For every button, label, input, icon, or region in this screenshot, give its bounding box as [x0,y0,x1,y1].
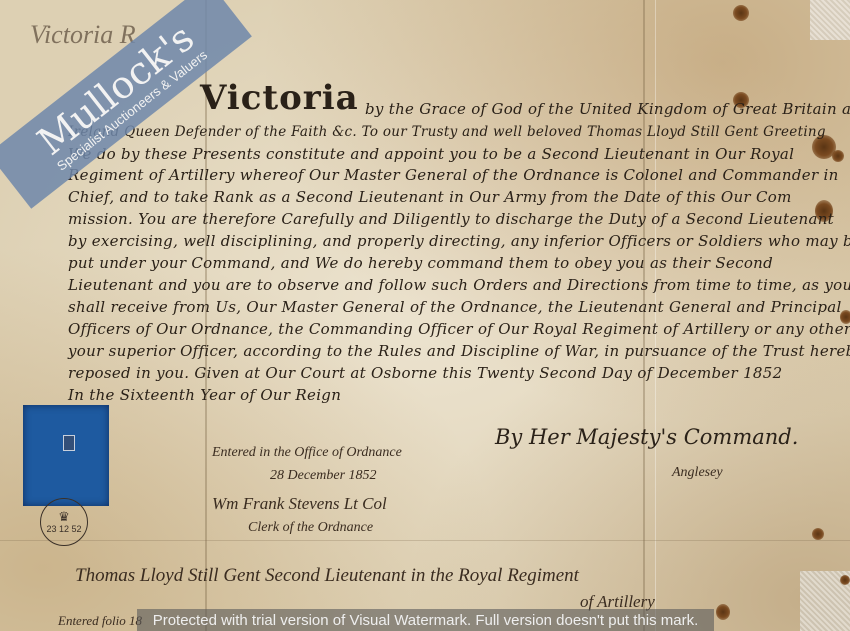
postmark-date: 23 12 52 [46,524,81,534]
ink-stain [733,5,749,21]
ink-stain [832,150,844,162]
body-line: by exercising, well disciplining, and pr… [68,232,850,250]
endorsement-line: Thomas Lloyd Still Gent Second Lieutenan… [75,565,579,587]
body-line: Chief, and to take Rank as a Second Lieu… [68,188,792,206]
command-signature: Anglesey [672,465,723,481]
postmark-stamp: ♛ 23 12 52 [40,498,88,546]
bottom-left-note: Entered folio 18 [58,613,142,629]
body-line: reposed in you. Given at Our Court at Os… [68,364,782,382]
body-line: In the Sixteenth Year of Our Reign [68,386,341,404]
fold-line [0,540,850,541]
trial-watermark-bar: Protected with trial version of Visual W… [137,609,714,631]
entry-note-signature: Wm Frank Stevens Lt Col [212,494,387,514]
crest-icon [63,435,75,451]
body-line: We do by these Presents constitute and a… [68,145,794,163]
body-line: your superior Officer, according to the … [68,342,850,360]
ink-stain [716,604,730,620]
sovereign-name: Victoria [200,78,359,118]
command-line: By Her Majesty's Command. [495,425,798,449]
body-line: by the Grace of God of the United Kingdo… [365,100,850,118]
body-line: Ireland Queen Defender of the Faith &c. … [68,124,826,140]
body-line: Officers of Our Ordnance, the Commanding… [68,320,850,338]
blue-seal-stamp [23,405,109,506]
body-line: Regiment of Artillery whereof Our Master… [68,166,839,184]
entry-note-title: Clerk of the Ordnance [248,520,373,536]
body-line: put under your Command, and We do hereby… [68,254,773,272]
entry-note-line: Entered in the Office of Ordnance [212,445,402,461]
crown-icon: ♛ [58,511,70,524]
ink-stain [840,575,850,585]
body-line: mission. You are therefore Carefully and… [68,210,834,228]
body-line: Lieutenant and you are to observe and fo… [68,276,850,294]
entry-note-date: 28 December 1852 [270,468,377,484]
trial-watermark-text: Protected with trial version of Visual W… [153,612,699,629]
mount-corner-top-right [810,0,850,40]
header-scribble: Victoria R [30,20,136,50]
body-line: shall receive from Us, Our Master Genera… [68,298,842,316]
ink-stain [812,528,824,540]
